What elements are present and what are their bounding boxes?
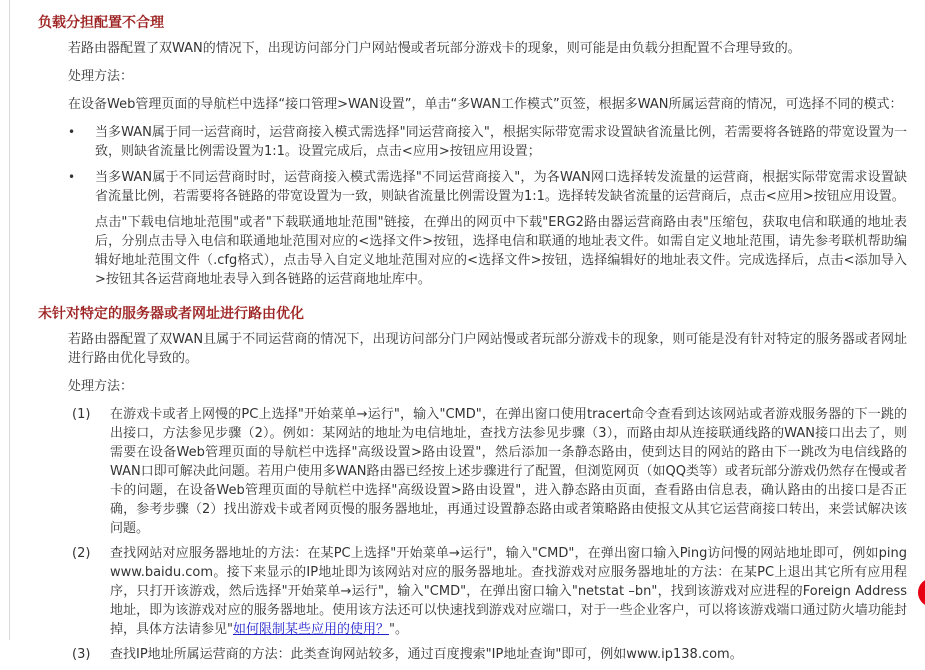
step-text-before-link: 查找网站对应服务器地址的方法：在某PC上选择"开始菜单→运行"，输入"CMD"，… [110, 546, 907, 637]
document-content: 负载分担配置不合理 若路由器配置了双WAN的情况下，出现访问部分门户网站慢或者玩… [38, 8, 907, 640]
bullet-icon: • [68, 168, 95, 206]
left-border-divider [9, 0, 10, 640]
load-sharing-lead: 在设备Web管理页面的导航栏中选择“接口管理>WAN设置”，单击“多WAN工作模… [68, 95, 907, 114]
app-usage-limit-link[interactable]: 如何限制某些应用的使用？ [233, 622, 389, 637]
step-text-tracert: 在游戏卡或者上网慢的PC上选择"开始菜单→运行"，输入"CMD"，在弹出窗口使用… [110, 405, 907, 538]
floating-help-button[interactable] [918, 578, 925, 607]
route-optimization-heading: 未针对特定的服务器或者网址进行路由优化 [38, 305, 907, 323]
step-item-2: (2) 查找网站对应服务器地址的方法：在某PC上选择"开始菜单→运行"，输入"C… [72, 544, 907, 639]
step-item-1: (1) 在游戏卡或者上网慢的PC上选择"开始菜单→运行"，输入"CMD"，在弹出… [72, 405, 907, 538]
method-label: 处理方法： [68, 377, 907, 396]
method-label: 处理方法： [68, 67, 907, 86]
step-text-after-link: "。 [389, 622, 408, 637]
bullet-icon: • [68, 123, 95, 161]
bullet-text-different-isp: 当多WAN属于不同运营商时时，运营商接入模式需选择"不同运营商接入"，为各WAN… [95, 168, 907, 206]
route-optimization-intro: 若路由器配置了双WAN且属于不同运营商的情况下，出现访问部分门户网站慢或者玩部分… [68, 330, 907, 368]
step-number: (2) [72, 544, 110, 639]
bullet-text-same-isp: 当多WAN属于同一运营商时，运营商接入模式需选择"同运营商接入"，根据实际带宽需… [95, 123, 907, 161]
section-load-sharing: 负载分担配置不合理 若路由器配置了双WAN的情况下，出现访问部分门户网站慢或者玩… [38, 14, 907, 289]
bullet-item-same-isp: • 当多WAN属于同一运营商时，运营商接入模式需选择"同运营商接入"，根据实际带… [68, 123, 907, 161]
section-route-optimization: 未针对特定的服务器或者网址进行路由优化 若路由器配置了双WAN且属于不同运营商的… [38, 305, 907, 640]
step-text-find-server: 查找网站对应服务器地址的方法：在某PC上选择"开始菜单→运行"，输入"CMD"，… [110, 544, 907, 639]
bullet-item-different-isp: • 当多WAN属于不同运营商时时，运营商接入模式需选择"不同运营商接入"，为各W… [68, 168, 907, 206]
step-number: (1) [72, 405, 110, 538]
load-sharing-heading: 负载分担配置不合理 [38, 14, 907, 32]
load-sharing-intro: 若路由器配置了双WAN的情况下，出现访问部分门户网站慢或者玩部分游戏卡的现象，则… [68, 39, 907, 58]
import-address-paragraph: 点击"下载电信地址范围"或者"下载联通地址范围"链接，在弹出的网页中下载"ERG… [95, 213, 907, 289]
